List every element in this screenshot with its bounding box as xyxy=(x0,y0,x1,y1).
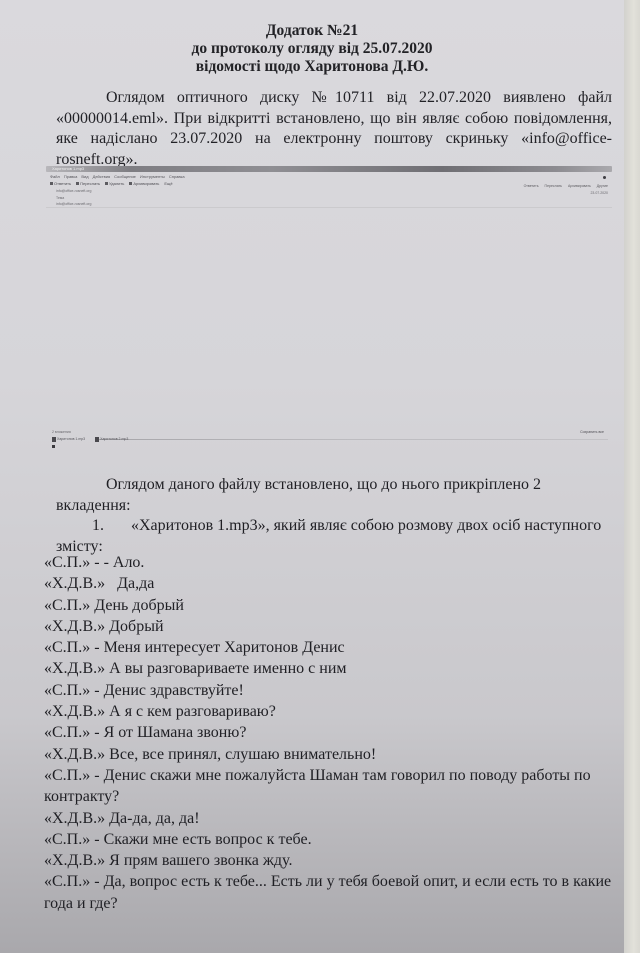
menu-item: Вид xyxy=(81,174,88,179)
speaker-label: «С.П.» xyxy=(44,831,90,848)
menu-item: Файл xyxy=(50,174,60,179)
utterance-text: А я с кем разговариваю? xyxy=(109,703,276,720)
email-window-title: Харитонов 1.mp3 xyxy=(52,166,84,172)
reply-tool: Ответить xyxy=(50,181,71,186)
email-header-fields: info@office-rosneft.org Тема info@office… xyxy=(56,188,91,208)
item-number: 1. xyxy=(92,516,131,537)
speaker-label: «С.П.» xyxy=(44,873,90,890)
utterance-text: Да-да, да, да! xyxy=(109,810,199,827)
heading-protocol: до протоколу огляду від 25.07.2020 xyxy=(0,40,624,58)
heading-subject: відомості щодо Харитонова Д.Ю. xyxy=(0,58,624,76)
utterance-text: - Я от Шамана звоню? xyxy=(94,724,246,741)
dialogue-line: «Х.Д.В.»Да-да, да, да! xyxy=(44,808,612,829)
attachment-item-1: 1.«Харитонов 1.mp3», який являє собою ро… xyxy=(56,516,612,557)
speaker-label: «Х.Д.В.» xyxy=(44,575,105,592)
email-date: 23.07.2020 xyxy=(590,191,608,196)
menu-item: Действия xyxy=(93,174,111,179)
email-header-divider xyxy=(46,207,612,208)
utterance-text: - Денис здравствуйте! xyxy=(94,682,244,699)
attachment-item: Харитонов 1.mp3 xyxy=(52,437,85,442)
dialogue-line: «С.П.»- Денис здравствуйте! xyxy=(44,680,612,701)
email-toolbar: Ответить Переслать Удалить Архивировать … xyxy=(50,181,173,186)
speaker-label: «С.П.» xyxy=(44,724,90,741)
utterance-text: А вы разговариваете именно с ним xyxy=(109,660,346,677)
utterance-text: Все, все принял, слушаю внимательно! xyxy=(109,746,376,763)
archive-tool: Архивировать xyxy=(129,181,159,186)
speaker-label: «Х.Д.В.» xyxy=(44,810,105,827)
utterance-text: Да,да xyxy=(109,575,154,592)
utterance-text: - Да, вопрос есть к тебе... Есть ли у те… xyxy=(44,873,615,911)
heading-title: Додаток №21 xyxy=(0,22,624,40)
menu-item: Справка xyxy=(169,174,185,179)
utterance-text: - - Ало. xyxy=(94,554,144,571)
item-text: «Харитонов 1.mp3», який являє собою розм… xyxy=(56,517,601,555)
attachments-paragraph: Оглядом даного файлу встановлено, що до … xyxy=(56,475,612,516)
dialogue-line: «С.П.»- Денис скажи мне пожалуйста Шаман… xyxy=(44,765,612,808)
dialogue-line: «Х.Д.В.» Да,да xyxy=(44,573,612,594)
menu-item: Правка xyxy=(64,174,78,179)
email-actions: Ответить Переслать Архивировать Другие xyxy=(524,184,608,189)
speaker-label: «Х.Д.В.» xyxy=(44,852,105,869)
audio-file-icon xyxy=(52,437,56,442)
speaker-label: «Х.Д.В.» xyxy=(44,746,105,763)
menu-item: Инструменты xyxy=(140,174,165,179)
dialogue-line: «С.П.»- Я от Шамана звоню? xyxy=(44,722,612,743)
dialogue-line: «С.П.»- Меня интересует Харитонов Денис xyxy=(44,637,612,658)
dialogue-line: «Х.Д.В.»Все, все принял, слушаю внимател… xyxy=(44,744,612,765)
forward-tool: Переслать xyxy=(76,181,100,186)
utterance-text: Я прям вашего звонка жду. xyxy=(109,852,292,869)
speaker-label: «Х.Д.В.» xyxy=(44,660,105,677)
action-forward: Переслать xyxy=(545,184,562,189)
action-other: Другие xyxy=(597,184,608,189)
utterance-text: - Меня интересует Харитонов Денис xyxy=(94,639,344,656)
trash-icon xyxy=(105,182,108,185)
intro-paragraph: Оглядом оптичного диску №10711 від 22.07… xyxy=(56,88,612,170)
dialogue-transcript: «С.П.»- - Ало.«Х.Д.В.» Да,да«С.П.»День д… xyxy=(44,552,612,914)
document-heading: Додаток №21 до протоколу огляду від 25.0… xyxy=(0,22,624,76)
archive-icon xyxy=(129,182,132,185)
attachments-separator xyxy=(98,439,608,440)
utterance-text: День добрый xyxy=(94,597,184,614)
dialogue-line: «Х.Д.В.»А я с кем разговариваю? xyxy=(44,701,612,722)
document-page: Додаток №21 до протоколу огляду від 25.0… xyxy=(0,0,624,953)
email-from: info@office-rosneft.org xyxy=(56,188,91,195)
speaker-label: «Х.Д.В.» xyxy=(44,703,105,720)
embedded-email-screenshot: Харитонов 1.mp3 Файл Правка Вид Действия… xyxy=(46,166,612,458)
speaker-label: «С.П.» xyxy=(44,767,90,784)
paper-edge xyxy=(624,0,640,953)
cursor-icon xyxy=(52,445,55,448)
delete-tool: Удалить xyxy=(105,181,124,186)
action-reply: Ответить xyxy=(524,184,539,189)
dialogue-line: «Х.Д.В.»Я прям вашего звонка жду. xyxy=(44,850,612,871)
attachments-count-label: 2 вложения xyxy=(52,430,71,435)
speaker-label: «Х.Д.В.» xyxy=(44,618,105,635)
dialogue-line: «С.П.»День добрый xyxy=(44,595,612,616)
action-archive: Архивировать xyxy=(568,184,591,189)
utterance-text: - Денис скажи мне пожалуйста Шаман там г… xyxy=(44,767,595,805)
dialogue-line: «С.П.»- Скажи мне есть вопрос к тебе. xyxy=(44,829,612,850)
attachments-list: Харитонов 1.mp3 Харитонов 2.mp3 xyxy=(52,437,128,442)
more-tool: Ещё xyxy=(164,181,172,186)
menu-item: Сообщение xyxy=(114,174,136,179)
utterance-text: - Скажи мне есть вопрос к тебе. xyxy=(94,831,311,848)
dialogue-line: «С.П.»- Да, вопрос есть к тебе... Есть л… xyxy=(44,871,612,914)
forward-icon xyxy=(76,182,79,185)
dialogue-line: «С.П.»- - Ало. xyxy=(44,552,612,573)
speaker-label: «С.П.» xyxy=(44,597,90,614)
reply-icon xyxy=(50,182,53,185)
email-window-titlebar: Харитонов 1.mp3 xyxy=(46,166,612,172)
dialogue-line: «Х.Д.В.»Добрый xyxy=(44,616,612,637)
save-all-label: Сохранить все xyxy=(580,430,604,435)
star-icon xyxy=(603,176,606,179)
speaker-label: «С.П.» xyxy=(44,554,90,571)
dialogue-line: «Х.Д.В.»А вы разговариваете именно с ним xyxy=(44,658,612,679)
speaker-label: «С.П.» xyxy=(44,682,90,699)
email-menubar: Файл Правка Вид Действия Сообщение Инстр… xyxy=(50,174,185,179)
attachment-item: Харитонов 2.mp3 xyxy=(95,437,128,442)
utterance-text: Добрый xyxy=(109,618,163,635)
speaker-label: «С.П.» xyxy=(44,639,90,656)
audio-file-icon xyxy=(95,437,99,442)
